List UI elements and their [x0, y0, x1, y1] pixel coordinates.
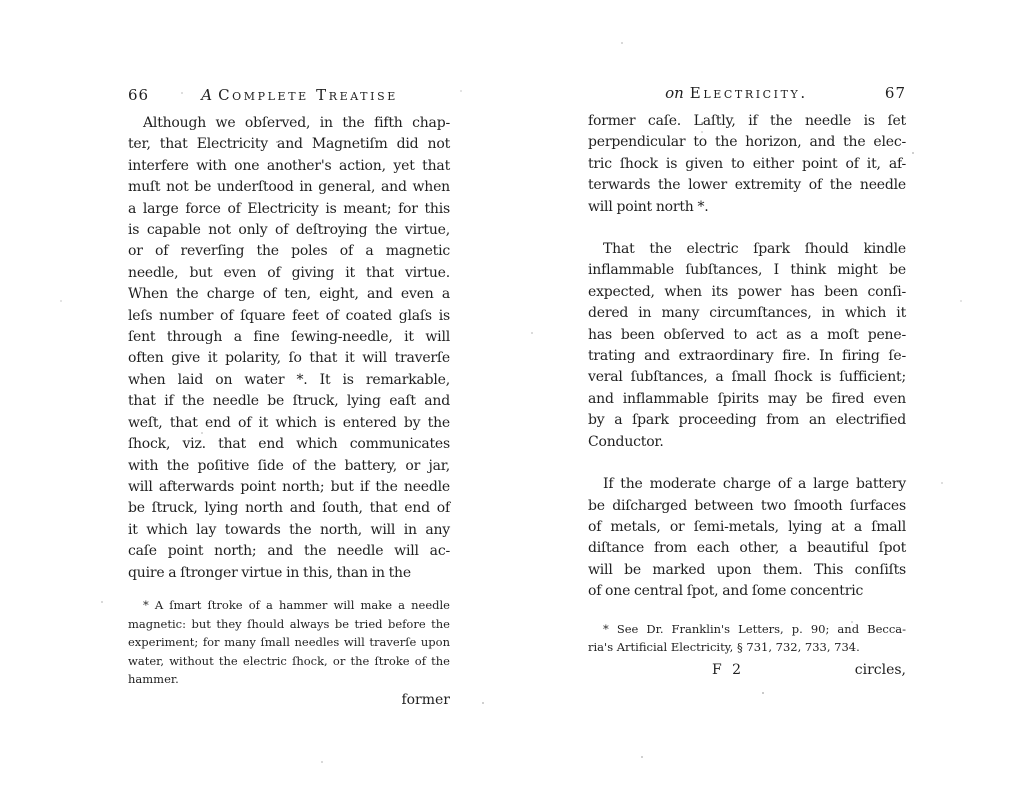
- right-body-line: trating and extraordinary fire. In firin…: [588, 346, 906, 367]
- scan-noise-specks: [0, 0, 2, 2]
- left-body-paragraph: Although we obſerved, in the fifth chap-…: [128, 113, 450, 584]
- left-body-line: ſent through a fine ſewing-needle, it wi…: [128, 327, 450, 348]
- right-paragraph-2: That the electric ſpark ſhould kindleinf…: [588, 239, 906, 453]
- left-footnote-line: * A ſmart ſtroke of a hammer will make a…: [128, 596, 450, 615]
- left-body-line: a large force of Electricity is meant; f…: [128, 199, 450, 220]
- right-footnote-line: * See Dr. Franklin's Letters, p. 90; and…: [588, 620, 906, 639]
- left-body-line: leſs number of ſquare feet of coated gla…: [128, 306, 450, 327]
- running-title-italic: A: [201, 86, 212, 104]
- left-catchword-row: former: [128, 692, 450, 708]
- left-footnote: * A ſmart ſtroke of a hammer will make a…: [128, 596, 450, 689]
- running-title-italic: on: [665, 84, 684, 102]
- left-running-head: 66 AComplete Treatise: [128, 86, 450, 104]
- left-body-line: it which lay towards the north, will in …: [128, 520, 450, 541]
- left-footnote-line: experiment; for many ſmall needles will …: [128, 633, 450, 652]
- right-body-line: Conductor.: [588, 432, 906, 453]
- left-body-line: is capable not only of deſtroying the vi…: [128, 220, 450, 241]
- right-page-number: 67: [885, 84, 906, 102]
- right-body-line: veral ſubſtances, a ſmall ſhock is ſuffi…: [588, 367, 906, 388]
- right-footnote-line: ria's Artificial Electricity, § 731, 732…: [588, 638, 906, 657]
- right-paragraph-1: former caſe. Laſtly, if the needle is ſe…: [588, 111, 906, 218]
- left-body-line: caſe point north; and the needle will ac…: [128, 541, 450, 562]
- left-body-line: Although we obſerved, in the fifth chap-: [128, 113, 450, 134]
- right-body-line: has been obſerved to act as a moſt pene-: [588, 325, 906, 346]
- right-footnote: * See Dr. Franklin's Letters, p. 90; and…: [588, 620, 906, 657]
- right-paragraph-3: If the moderate charge of a large batter…: [588, 474, 906, 602]
- left-body-line: be ſtruck, lying north and ſouth, that e…: [128, 498, 450, 519]
- right-body-line: That the electric ſpark ſhould kindle: [588, 239, 906, 260]
- right-body-line: diſtance from each other, a beautiful ſp…: [588, 538, 906, 559]
- right-body-line: dered in many circumſtances, in which it: [588, 303, 906, 324]
- right-body-line: expected, when its power has been conſi-: [588, 282, 906, 303]
- left-body-line: when laid on water *. It is remarkable,: [128, 370, 450, 391]
- left-body-line: quire a ſtronger virtue in this, than in…: [128, 563, 450, 584]
- right-body-line: of metals, or ſemi-metals, lying at a ſm…: [588, 517, 906, 538]
- right-running-head: onElectricity. 67: [588, 84, 906, 102]
- running-title-caps: Complete Treatise: [218, 86, 398, 104]
- right-body-line: be diſcharged between two ſmooth ſurface…: [588, 496, 906, 517]
- left-body-line: that if the needle be ſtruck, lying eaſt…: [128, 391, 450, 412]
- book-scan: { "scan": { "background_color": "#ffffff…: [0, 0, 1024, 791]
- right-body-line: If the moderate charge of a large batter…: [588, 474, 906, 495]
- right-body-line: inflammable ſubſtances, I think might be: [588, 260, 906, 281]
- left-page-number: 66: [128, 86, 149, 104]
- right-body-line: perpendicular to the horizon, and the el…: [588, 132, 906, 153]
- left-body-line: When the charge of ten, eight, and even …: [128, 284, 450, 305]
- left-body-line: needle, but even of giving it that virtu…: [128, 263, 450, 284]
- left-catchword: former: [401, 692, 450, 708]
- right-body-line: by a ſpark proceeding from an electrifie…: [588, 410, 906, 431]
- right-body-line: terwards the lower extremity of the need…: [588, 175, 906, 196]
- right-body-line: tric ſhock is given to either point of i…: [588, 154, 906, 175]
- right-body-line: former caſe. Laſtly, if the needle is ſe…: [588, 111, 906, 132]
- left-body-line: weſt, that end of it which is entered by…: [128, 413, 450, 434]
- right-body-line: will point north *.: [588, 197, 906, 218]
- left-body-line: ſhock, viz. that end which communicates: [128, 434, 450, 455]
- left-body-line: ter, that Electricity and Magnetiſm did …: [128, 134, 450, 155]
- right-catchword: circles,: [855, 662, 906, 678]
- left-body-line: with the poſitive ſide of the battery, o…: [128, 456, 450, 477]
- right-signature-row: F 2 circles,: [588, 662, 906, 678]
- signature-mark: F 2: [712, 662, 744, 678]
- left-body-line: muſt not be underſtood in general, and w…: [128, 177, 450, 198]
- left-footnote-line: magnetic: but they ſhould always be trie…: [128, 615, 450, 634]
- right-page: onElectricity. 67 former caſe. Laſtly, i…: [588, 84, 906, 678]
- left-page: 66 AComplete Treatise Although we obſerv…: [128, 86, 450, 708]
- running-title-caps: Electricity.: [690, 84, 808, 102]
- right-body-line: will be marked upon them. This conſiſts: [588, 560, 906, 581]
- left-running-title: AComplete Treatise: [149, 86, 450, 104]
- left-footnote-line: water, without the electric ſhock, or th…: [128, 652, 450, 671]
- right-body-line: of one central ſpot, and ſome concentric: [588, 581, 906, 602]
- left-body-line: will afterwards point north; but if the …: [128, 477, 450, 498]
- left-body-line: or of reverſing the poles of a magnetic: [128, 241, 450, 262]
- left-footnote-line: hammer.: [128, 670, 450, 689]
- left-body-line: interfere with one another's action, yet…: [128, 156, 450, 177]
- right-body-line: and inflammable ſpirits may be fired eve…: [588, 389, 906, 410]
- left-body-line: often give it polarity, ſo that it will …: [128, 348, 450, 369]
- right-running-title: onElectricity.: [588, 84, 885, 102]
